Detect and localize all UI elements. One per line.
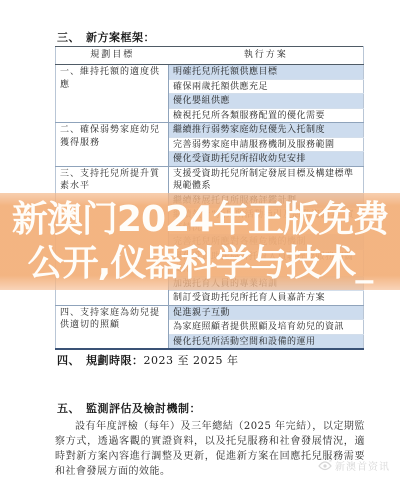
table-row: 四、支持家庭為幼兒提供適切的照顧 促進親子互動	[56, 305, 364, 320]
goal-cell-1: 一、維持托額的適度供應	[56, 65, 169, 123]
execution-item: 繼續推行弱勢家庭幼兒優先入托制度	[169, 123, 364, 138]
banner-line-1: 新澳门2024年正版免费	[12, 198, 388, 242]
plan-period-value: 2023 至 2025 年	[144, 354, 239, 367]
execution-item: 促進親子互動	[169, 305, 364, 320]
execution-item: 優化受資助托兒所招收幼兒安排	[169, 152, 364, 167]
table-row: 二、確保弱勢家庭幼兒獲得服務 繼續推行弱勢家庭幼兒優先入托制度	[56, 123, 364, 138]
execution-item: 完善弱勢家庭申請服務機制及服務範圍	[169, 137, 364, 152]
execution-item: 制訂受資助托兒所托育人員嘉許方案	[169, 291, 364, 306]
table-header-row: 規劃目標 執行方案	[56, 47, 364, 65]
execution-item: 明確托兒所托額供應目標	[169, 65, 364, 80]
col-header-goal: 規劃目標	[56, 47, 169, 65]
plan-period-label: 四、 規劃時限：	[57, 354, 144, 367]
execution-item: 優化嬰組供應	[169, 94, 364, 109]
execution-item: 支援受資助托兒所制定發展目標及構建標準規範體系	[169, 166, 364, 193]
col-header-action: 執行方案	[169, 47, 364, 65]
execution-item: 優化托兒所活動空間和設備的運用	[169, 334, 364, 349]
table-row: 一、維持托額的適度供應 明確托兒所托額供應目標	[56, 65, 364, 80]
execution-item: 檢視托兒所各類服務配置的優化需要	[169, 108, 364, 123]
banner-line-2: 公开,仪器科学与技术_	[28, 242, 373, 286]
section-heading-3: 三、 新方案框架：	[57, 29, 155, 45]
promo-banner: 新澳门2024年正版免费 公开,仪器科学与技术_	[0, 193, 400, 290]
execution-item: 確保兩歲托額供應充足	[169, 79, 364, 94]
section-heading-4: 四、 規劃時限：2023 至 2025 年	[57, 352, 238, 368]
table-row: 三、支持托兒所提升質素水平 支援受資助托兒所制定發展目標及構建標準規範體系	[56, 166, 364, 193]
watermark: 新澳首资讯	[318, 458, 390, 473]
document-page: 三、 新方案框架： 規劃目標 執行方案 一、維持托額的適度供應 明確托兒所托額供…	[0, 0, 400, 484]
section-heading-5: 五、 監測評估及檢討機制：	[57, 400, 201, 416]
watermark-eye-icon	[318, 460, 332, 471]
goal-cell-2: 二、確保弱勢家庭幼兒獲得服務	[56, 123, 169, 167]
watermark-text: 新澳首资讯	[335, 458, 390, 473]
goal-cell-4: 四、支持家庭為幼兒提供適切的照顧	[56, 305, 169, 349]
execution-item: 為家庭照顧者提供照顧及培育幼兒的資訊	[169, 320, 364, 335]
